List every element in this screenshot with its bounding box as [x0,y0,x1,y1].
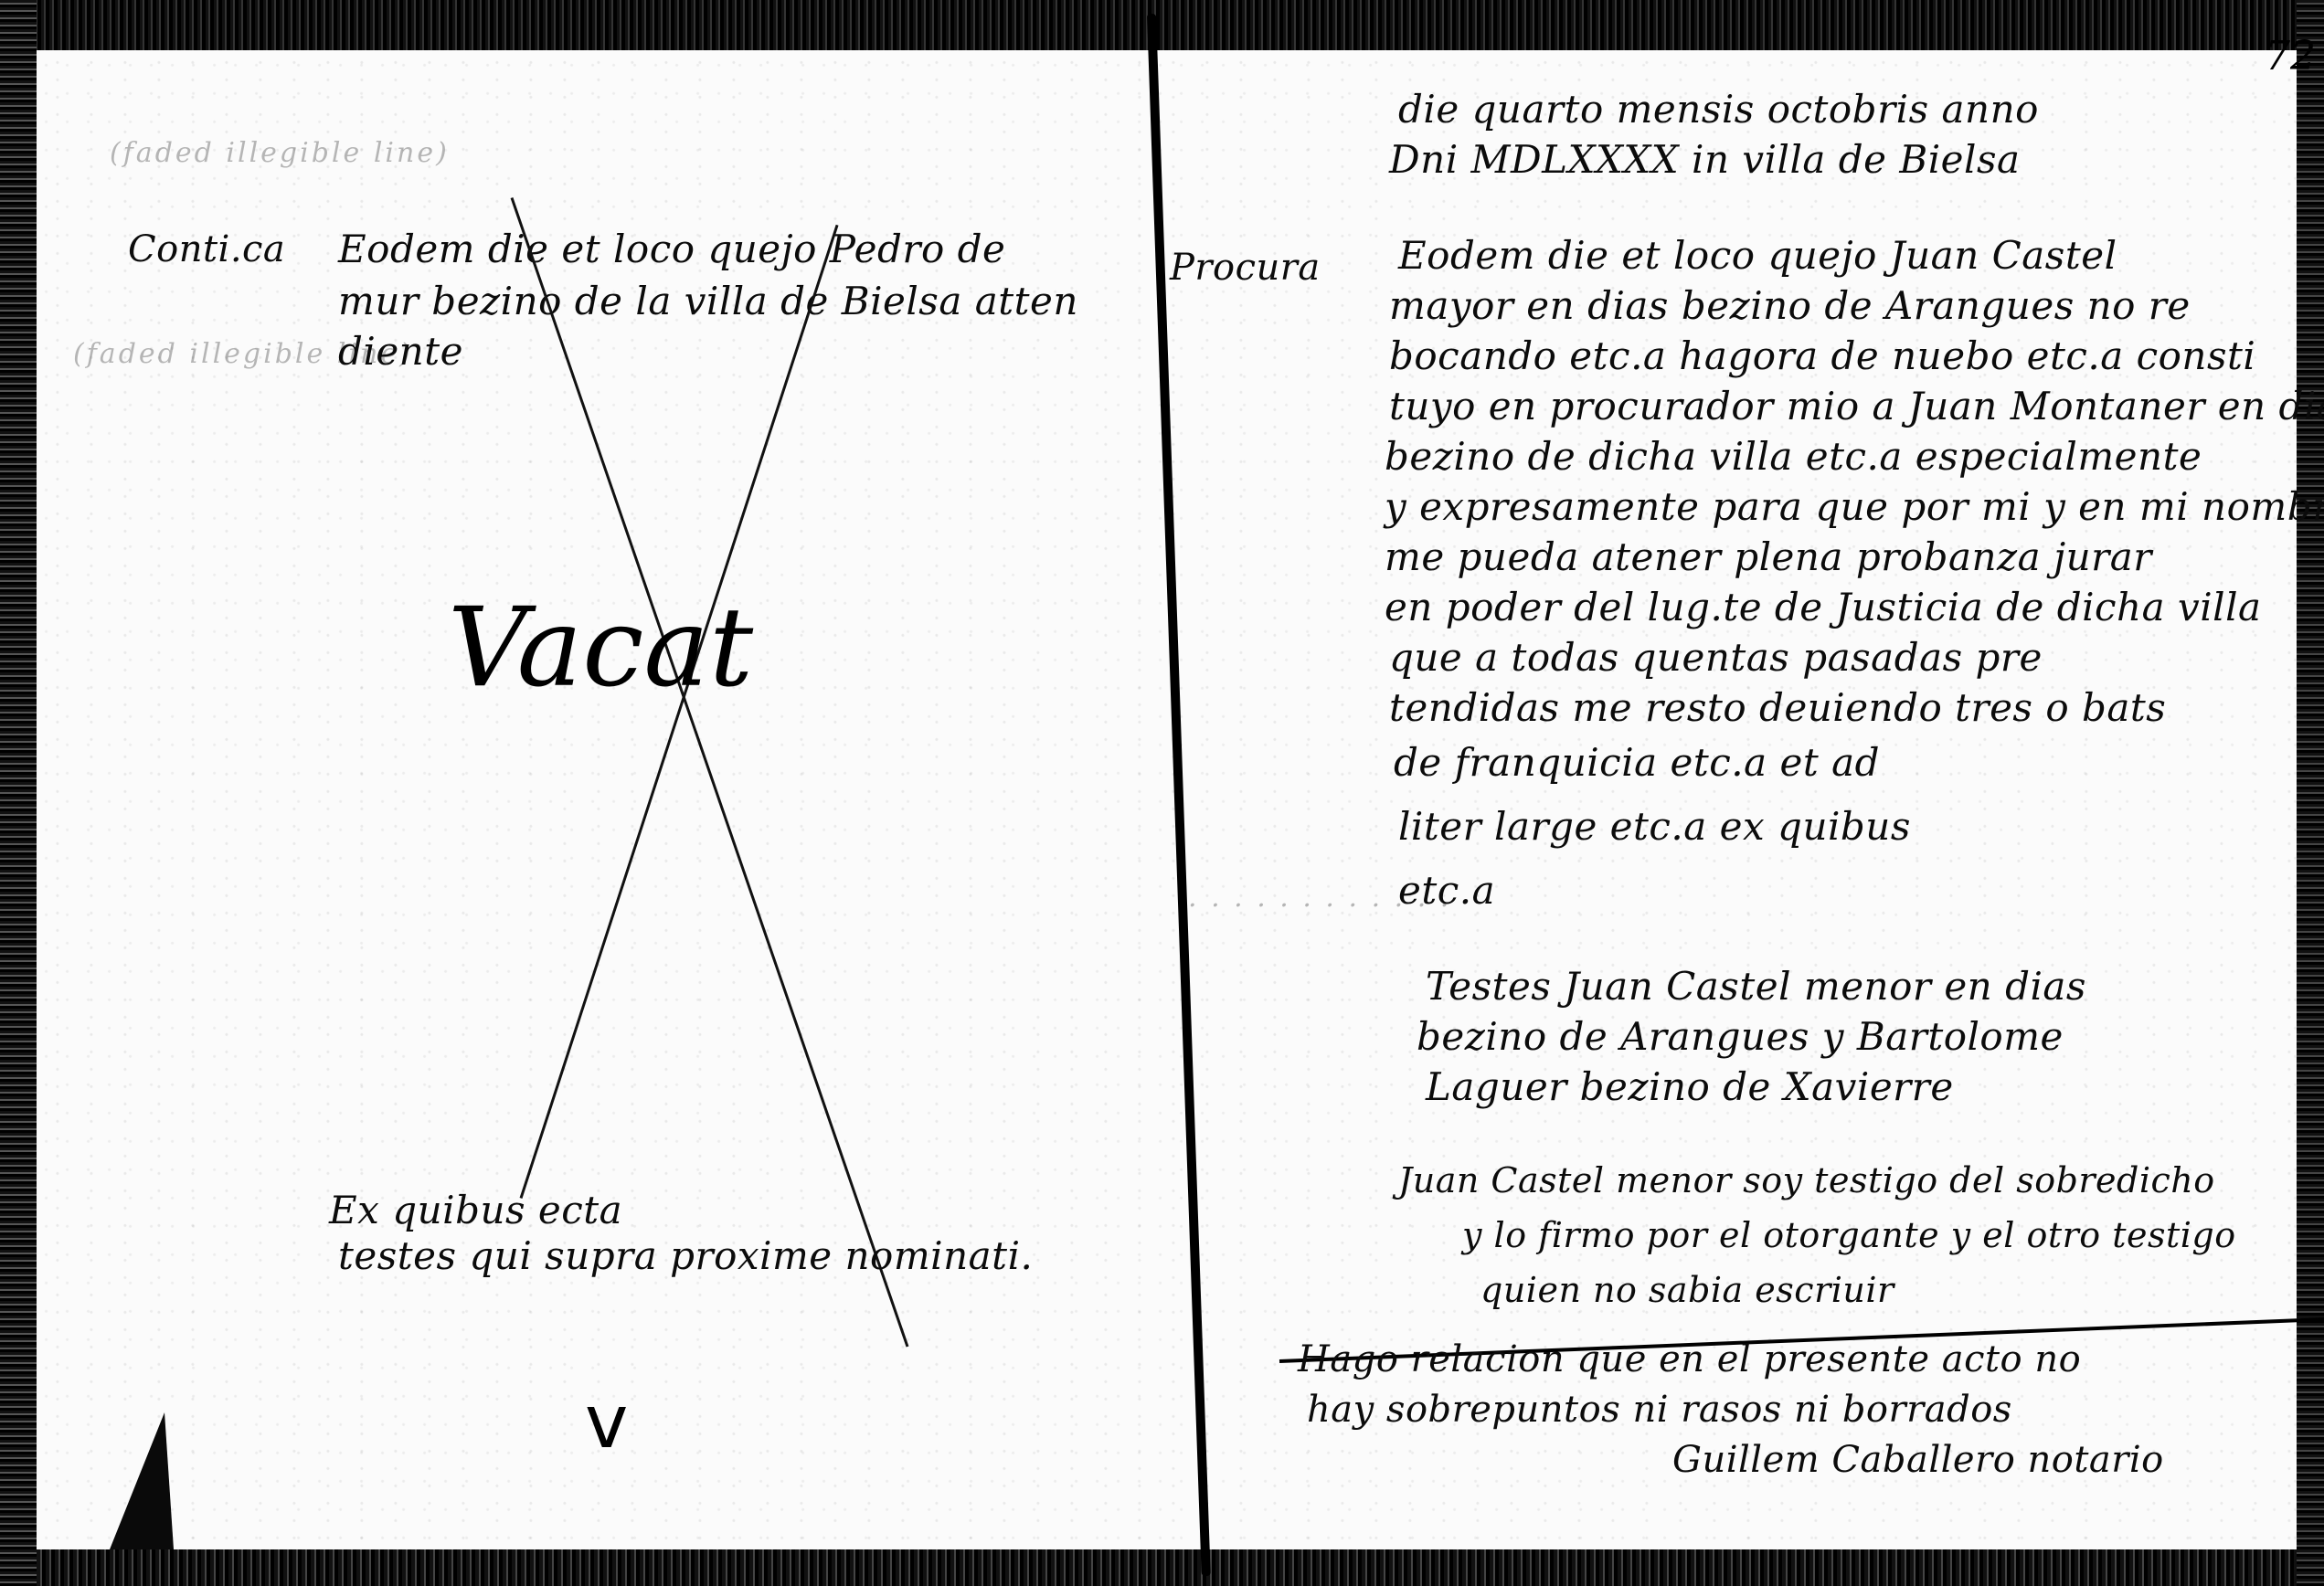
entry-line: me pueda atener plena probanza jurar [1385,534,2152,579]
dating-line: die quarto mensis octobris anno [1398,87,2039,132]
cancellation-stroke [511,197,909,1348]
entry-line: Eodem die et loco quejo Pedro de [338,227,1005,271]
entry-line: Eodem die et loco quejo Juan Castel [1398,233,2117,278]
check-mark: v [585,1380,628,1464]
witness-line: Laguer bezino de Xavierre [1426,1064,1954,1109]
entry-line: bezino de dicha villa etc.a especialment… [1385,434,2202,479]
entry-line: y expresamente para que por mi y en mi n… [1385,484,2324,529]
signature-line: Juan Castel menor soy testigo del sobred… [1398,1160,2215,1200]
entry-line: de franquicia etc.a et ad [1394,740,1880,785]
entry-line: mayor en dias bezino de Arangues no re [1389,283,2191,328]
entry-line: tuyo en procurador mio a Juan Montaner e… [1389,384,2324,428]
notary-line: Hago relacion que en el presente acto no [1298,1338,2081,1380]
entry-line: tendidas me resto deuiendo tres o bats [1389,685,2166,730]
scan-edge-right [2297,0,2324,1586]
signature-line: y lo firmo por el otorgante y el otro te… [1462,1215,2236,1255]
right-page: 72 die quarto mensis octobris anno Dni M… [1161,0,2297,1586]
entry-line: bocando etc.a hagora de nuebo etc.a cons… [1389,333,2255,378]
manuscript-spread: (faded illegible line) (faded illegible … [0,0,2324,1586]
folio-number: 72 [2265,33,2316,79]
faded-line: . . . . . . . . . . . . [1188,882,1451,914]
witness-line: testes qui supra proxime nominati. [338,1233,1033,1278]
margin-label: Procura [1170,247,1321,289]
notary-signature: Guillem Caballero notario [1672,1439,2164,1481]
witness-line: Ex quibus ecta [329,1188,622,1232]
entry-line: que a todas quentas pasadas pre [1389,635,2043,680]
margin-label: Conti.ca [128,228,285,270]
scan-edge-left [0,0,37,1586]
signature-line: quien no sabia escriuir [1480,1270,1894,1310]
entry-line: diente [338,329,463,374]
entry-line: liter large etc.a ex quibus [1398,804,1911,849]
entry-line: en poder del lug.te de Justicia de dicha… [1385,585,2262,629]
faded-line: (faded illegible line) [110,137,450,169]
witness-line: Testes Juan Castel menor en dias [1426,964,2086,1009]
witness-line: bezino de Arangues y Bartolome [1417,1014,2064,1059]
vacat-mark: Vacat [448,585,753,712]
left-page: (faded illegible line) (faded illegible … [37,0,1147,1586]
entry-line: mur bezino de la villa de Bielsa atten [338,279,1078,323]
notary-line: hay sobrepuntos ni rasos ni borrados [1307,1389,2012,1431]
dating-line: Dni MDLXXXX in villa de Bielsa [1389,137,2021,182]
